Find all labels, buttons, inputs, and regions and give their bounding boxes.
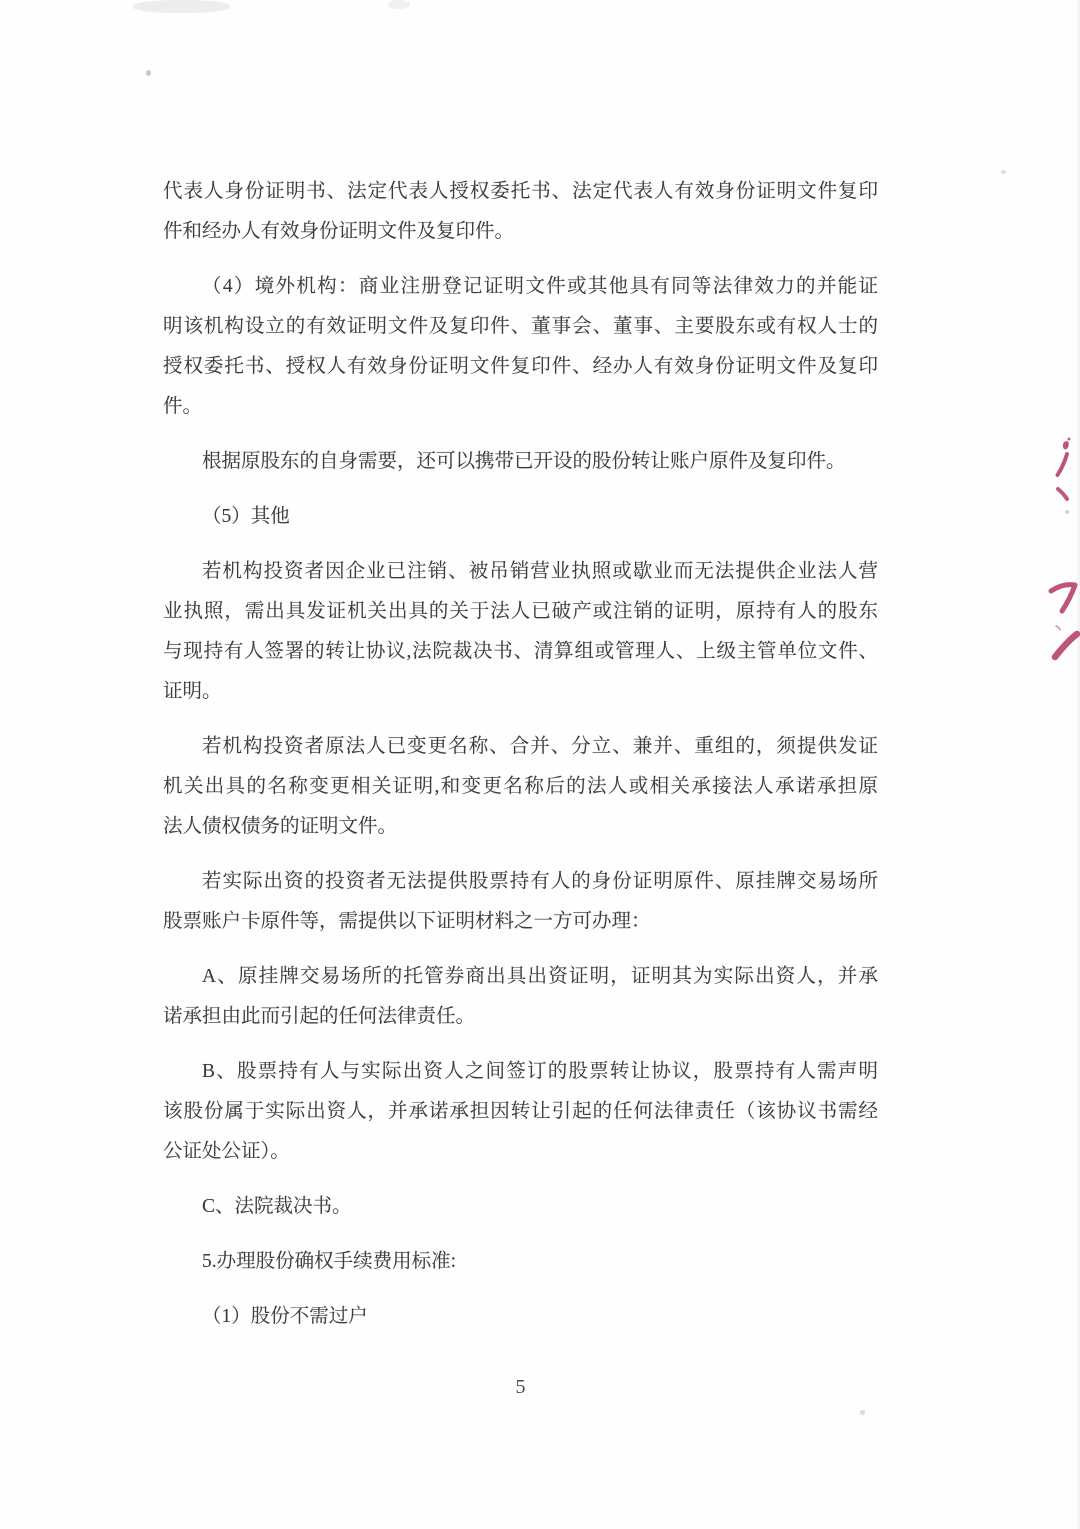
document-line: 该股份属于实际出资人，并承诺承担因转让引起的任何法律责任（该协议书需经: [163, 1092, 878, 1132]
document-line: 件和经办人有效身份证明文件及复印件。: [163, 212, 878, 252]
document-line: 机关出具的名称变更相关证明,和变更名称后的法人或相关承接法人承诺承担原: [163, 767, 878, 807]
document-line: 根据原股东的自身需要，还可以携带已开设的股份转让账户原件及复印件。: [163, 442, 878, 482]
document-line: B、股票持有人与实际出资人之间签订的股票转让协议，股票持有人需声明: [163, 1052, 878, 1092]
scan-smudge: [388, 0, 410, 9]
document-line: 证明。: [163, 672, 878, 712]
scan-speck: [1001, 170, 1006, 174]
paragraph: （4）境外机构：商业注册登记证明文件或其他具有同等法律效力的并能证明该机构设立的…: [163, 267, 878, 427]
document-line: 件。: [163, 387, 878, 427]
red-ink-stamp-fragments: [1044, 430, 1080, 665]
paragraph: A、原挂牌交易场所的托管券商出具出资证明，证明其为实际出资人，并承诺承担由此而引…: [163, 957, 878, 1037]
document-line: 若机构投资者因企业已注销、被吊销营业执照或歇业而无法提供企业法人营: [163, 552, 878, 592]
document-line: （5）其他: [163, 497, 878, 537]
document-line: 若实际出资的投资者无法提供股票持有人的身份证明原件、原挂牌交易场所: [163, 862, 878, 902]
document-line: C、法院裁决书。: [163, 1187, 878, 1227]
document-line: A、原挂牌交易场所的托管券商出具出资证明，证明其为实际出资人，并承: [163, 957, 878, 997]
page-number: 5: [163, 1376, 878, 1399]
scan-speck: [860, 1410, 865, 1415]
document-line: （1）股份不需过户: [163, 1297, 878, 1337]
document-line: 股票账户卡原件等，需提供以下证明材料之一方可办理：: [163, 902, 878, 942]
paragraph: 代表人身份证明书、法定代表人授权委托书、法定代表人有效身份证明文件复印件和经办人…: [163, 172, 878, 252]
paragraph: （1）股份不需过户: [163, 1297, 878, 1337]
scanned-document-page: 代表人身份证明书、法定代表人授权委托书、法定代表人有效身份证明文件复印件和经办人…: [0, 0, 1080, 1529]
paragraph: 若实际出资的投资者无法提供股票持有人的身份证明原件、原挂牌交易场所股票账户卡原件…: [163, 862, 878, 942]
paragraph: 5.办理股份确权手续费用标准:: [163, 1242, 878, 1282]
document-line: 授权委托书、授权人有效身份证明文件复印件、经办人有效身份证明文件及复印: [163, 347, 878, 387]
paragraph: 根据原股东的自身需要，还可以携带已开设的股份转让账户原件及复印件。: [163, 442, 878, 482]
scan-edge-shadow: [1076, 0, 1080, 1529]
document-line: 诺承担由此而引起的任何法律责任。: [163, 997, 878, 1037]
document-line: 5.办理股份确权手续费用标准:: [163, 1242, 878, 1282]
document-line: 明该机构设立的有效证明文件及复印件、董事会、董事、主要股东或有权人士的: [163, 307, 878, 347]
scan-speck: [146, 70, 151, 76]
document-line: 业执照，需出具发证机关出具的关于法人已破产或注销的证明，原持有人的股东: [163, 592, 878, 632]
document-line: 与现持有人签署的转让协议,法院裁决书、清算组或管理人、上级主管单位文件、: [163, 632, 878, 672]
document-line: （4）境外机构：商业注册登记证明文件或其他具有同等法律效力的并能证: [163, 267, 878, 307]
document-line: 公证处公证）。: [163, 1132, 878, 1172]
document-line: 若机构投资者原法人已变更名称、合并、分立、兼并、重组的，须提供发证: [163, 727, 878, 767]
paragraph: C、法院裁决书。: [163, 1187, 878, 1227]
document-line: 法人债权债务的证明文件。: [163, 807, 878, 847]
paragraph: 若机构投资者原法人已变更名称、合并、分立、兼并、重组的，须提供发证机关出具的名称…: [163, 727, 878, 847]
paragraph: （5）其他: [163, 497, 878, 537]
scan-smudge: [133, 0, 230, 13]
document-line: 代表人身份证明书、法定代表人授权委托书、法定代表人有效身份证明文件复印: [163, 172, 878, 212]
paragraph: B、股票持有人与实际出资人之间签订的股票转让协议，股票持有人需声明该股份属于实际…: [163, 1052, 878, 1172]
paragraph: 若机构投资者因企业已注销、被吊销营业执照或歇业而无法提供企业法人营业执照，需出具…: [163, 552, 878, 712]
document-body: 代表人身份证明书、法定代表人授权委托书、法定代表人有效身份证明文件复印件和经办人…: [163, 172, 878, 1352]
